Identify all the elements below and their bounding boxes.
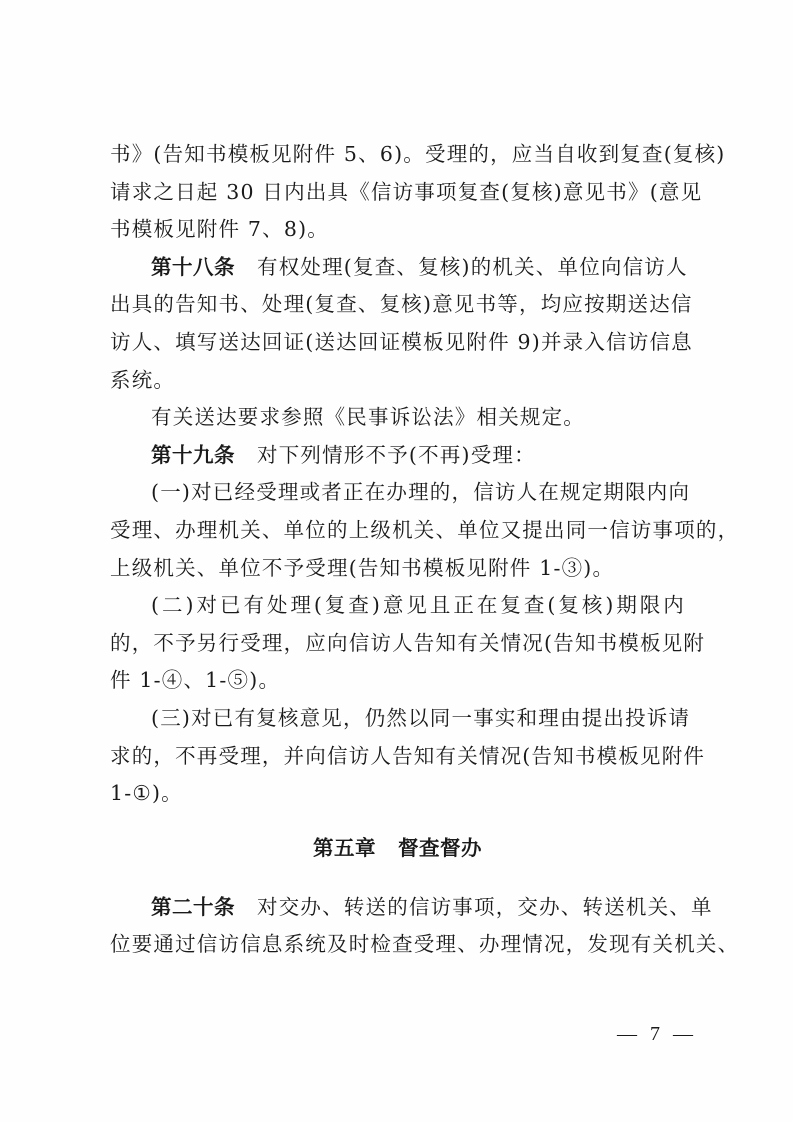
article-18-label: 第十八条 [151,255,235,279]
item-3-line: 求的，不再受理，并向信访人告知有关情况(告知书模板见附件 [110,738,685,776]
article-20-first-line: 第二十条对交办、转送的信访事项，交办、转送机关、单 [110,889,685,927]
chapter-title: 督查督办 [398,836,482,860]
body-line: 书模板见附件 7、8)。 [110,211,685,249]
chapter-heading: 第五章督查督办 [110,821,685,875]
article-18-first-line: 第十八条有权处理(复查、复核)的机关、单位向信访人 [110,249,685,287]
item-2-line: 的，不予另行受理，应向信访人告知有关情况(告知书模板见附 [110,625,685,663]
item-1-line: 受理、办理机关、单位的上级机关、单位又提出同一信访事项的， [110,512,685,550]
item-2-line: 件 1-④、1-⑤)。 [110,662,685,700]
page-number: — 7 — [617,1023,697,1046]
item-1-line: (一)对已经受理或者正在办理的，信访人在规定期限内向 [110,474,685,512]
item-2-line: (二)对已有处理(复查)意见且正在复查(复核)期限内 [110,587,685,625]
item-3-line: 1-①)。 [110,775,685,813]
body-line: 系统。 [110,362,685,400]
chapter-number: 第五章 [313,836,376,860]
body-line: 访人、填写送达回证(送达回证模板见附件 9)并录入信访信息 [110,324,685,362]
item-3-line: (三)对已有复核意见，仍然以同一事实和理由提出投诉请 [110,700,685,738]
article-19-label: 第十九条 [151,443,235,467]
article-18-text: 有权处理(复查、复核)的机关、单位向信访人 [257,255,688,279]
body-line: 请求之日起 30 日内出具《信访事项复查(复核)意见书》(意见 [110,174,685,212]
item-1-line: 上级机关、单位不予受理(告知书模板见附件 1-③)。 [110,550,685,588]
article-19-intro: 对下列情形不予(不再)受理： [257,443,536,467]
body-line: 位要通过信访信息系统及时检查受理、办理情况，发现有关机关、 [110,926,685,964]
body-line: 出具的告知书、处理(复查、复核)意见书等，均应按期送达信 [110,286,685,324]
article-20-text: 对交办、转送的信访事项，交办、转送机关、单 [257,895,713,919]
body-line: 书》(告知书模板见附件 5、6)。受理的，应当自收到复查(复核) [110,136,685,174]
article-18-paragraph-2: 有关送达要求参照《民事诉讼法》相关规定。 [110,399,685,437]
article-20-label: 第二十条 [151,895,235,919]
article-19-first-line: 第十九条对下列情形不予(不再)受理： [110,437,685,475]
document-page: 书》(告知书模板见附件 5、6)。受理的，应当自收到复查(复核) 请求之日起 3… [110,136,685,964]
